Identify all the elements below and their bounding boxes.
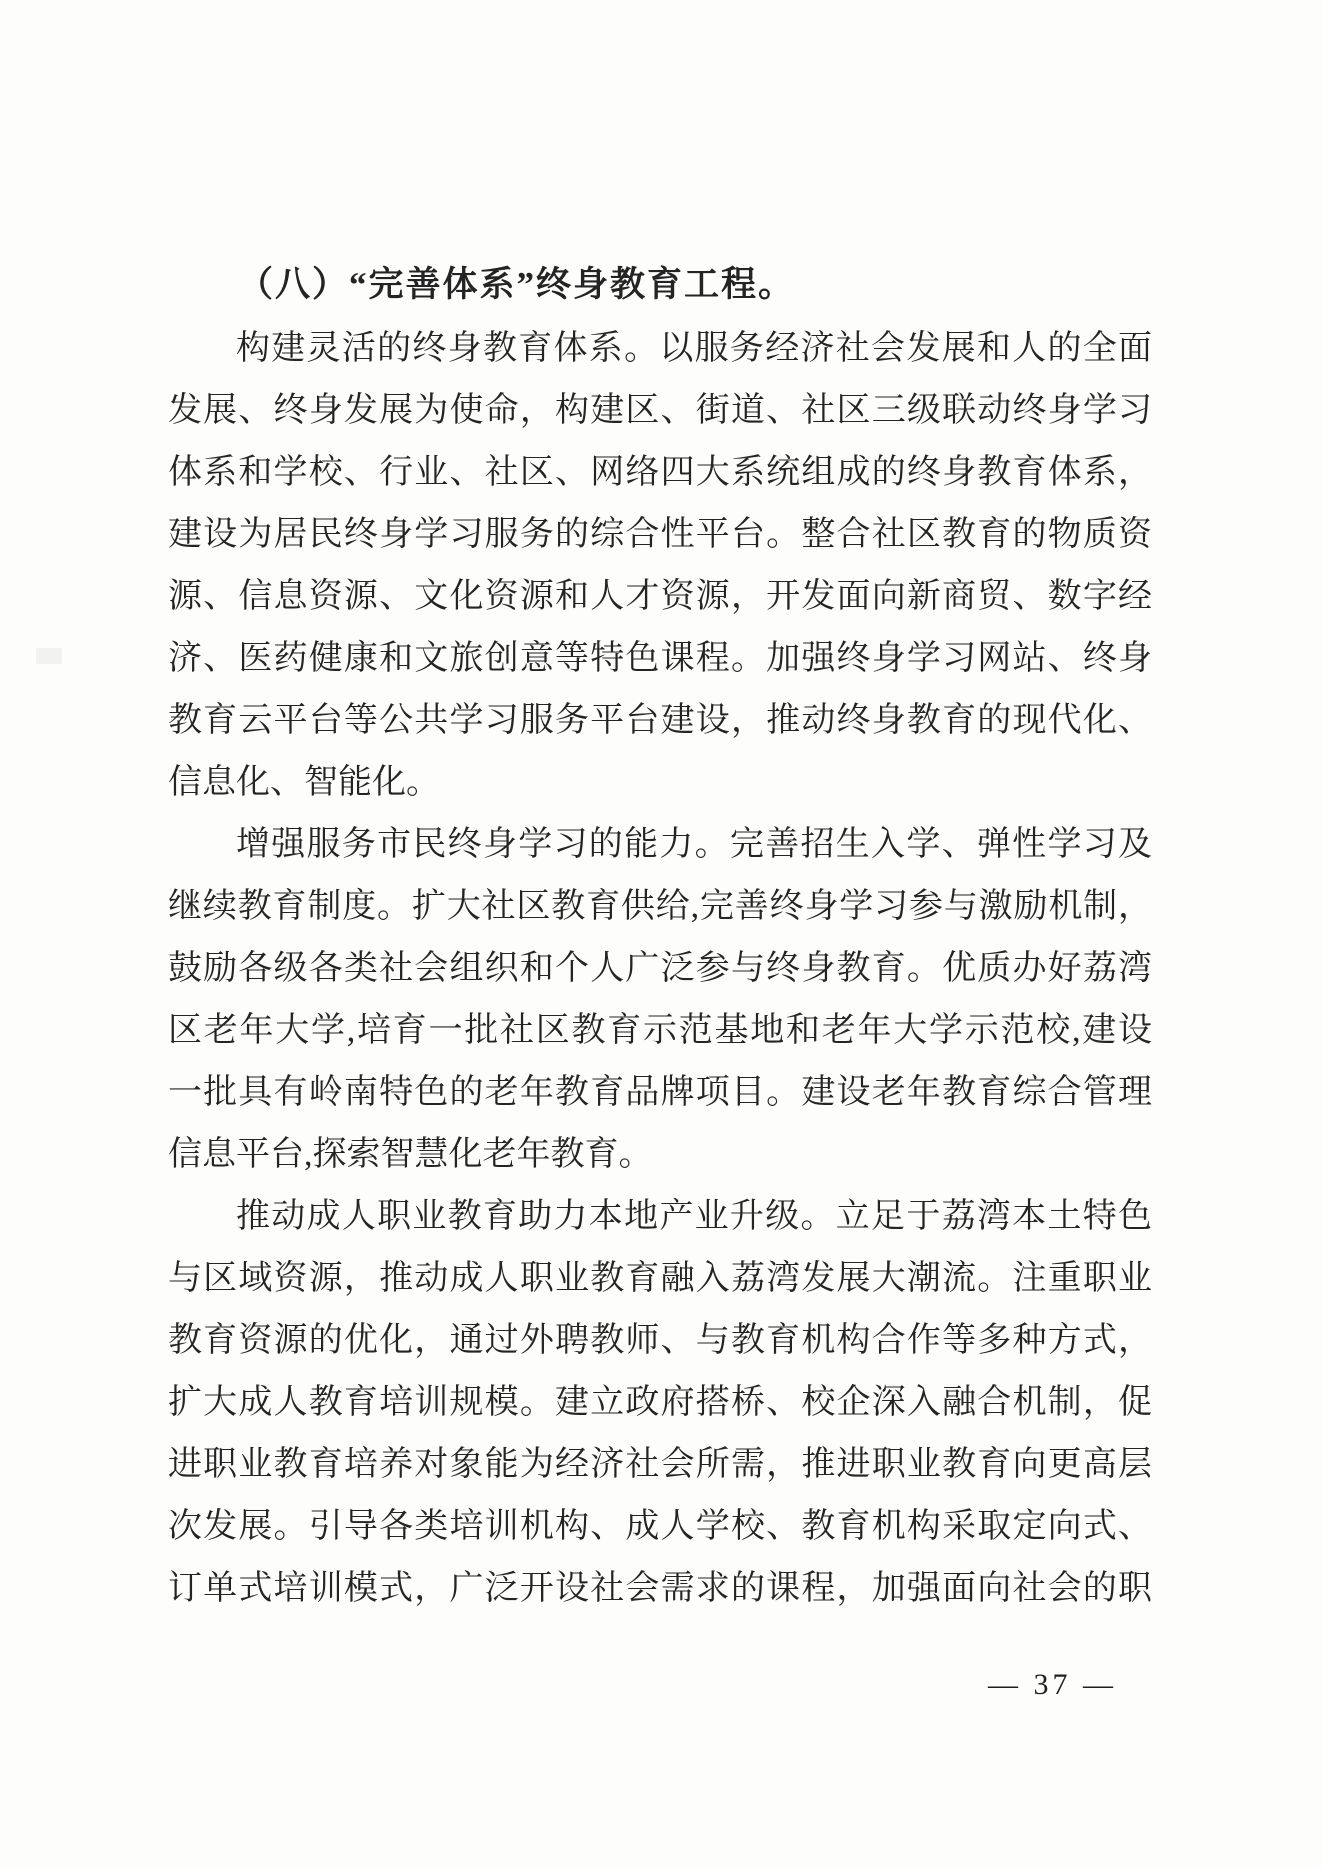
text-line: 发展、终身发展为使命，构建区、街道、社区三级联动终身学习 (168, 380, 1152, 442)
text-line: 一批具有岭南特色的老年教育品牌项目。建设老年教育综合管理 (168, 1062, 1152, 1124)
text-line: 济、医药健康和文旅创意等特色课程。加强终身学习网站、终身 (168, 628, 1152, 690)
text-line: 区老年大学,培育一批社区教育示范基地和老年大学示范校,建设 (168, 1000, 1152, 1062)
document-body: （八）“完善体系”终身教育工程。 构建灵活的终身教育体系。以服务经济社会发展和人… (168, 252, 1152, 1620)
text-line: 鼓励各级各类社会组织和个人广泛参与终身教育。优质办好荔湾 (168, 938, 1152, 1000)
text-line: 增强服务市民终身学习的能力。完善招生入学、弹性学习及 (168, 814, 1152, 876)
text-line: 教育云平台等公共学习服务平台建设，推动终身教育的现代化、 (168, 690, 1152, 752)
text-line: 源、信息资源、文化资源和人才资源，开发面向新商贸、数字经 (168, 566, 1152, 628)
text-line: 进职业教育培养对象能为经济社会所需，推进职业教育向更高层 (168, 1434, 1152, 1496)
scanned-document-page: （八）“完善体系”终身教育工程。 构建灵活的终身教育体系。以服务经济社会发展和人… (0, 0, 1322, 1869)
text-line: 推动成人职业教育助力本地产业升级。立足于荔湾本土特色 (168, 1186, 1152, 1248)
text-line: 信息化、智能化。 (168, 752, 1152, 814)
text-line: 与区域资源，推动成人职业教育融入荔湾发展大潮流。注重职业 (168, 1248, 1152, 1310)
text-line: 体系和学校、行业、社区、网络四大系统组成的终身教育体系， (168, 442, 1152, 504)
section-heading: （八）“完善体系”终身教育工程。 (168, 252, 1152, 318)
page-number: — 37 — (988, 1668, 1117, 1702)
text-line: 教育资源的优化，通过外聘教师、与教育机构合作等多种方式， (168, 1310, 1152, 1372)
text-line: 信息平台,探索智慧化老年教育。 (168, 1124, 1152, 1186)
text-line: 建设为居民终身学习服务的综合性平台。整合社区教育的物质资 (168, 504, 1152, 566)
scan-smudge-artifact (36, 648, 62, 664)
text-line: 继续教育制度。扩大社区教育供给,完善终身学习参与激励机制， (168, 876, 1152, 938)
text-line: 订单式培训模式，广泛开设社会需求的课程，加强面向社会的职 (168, 1558, 1152, 1620)
text-line: 扩大成人教育培训规模。建立政府搭桥、校企深入融合机制，促 (168, 1372, 1152, 1434)
text-line: 构建灵活的终身教育体系。以服务经济社会发展和人的全面 (168, 318, 1152, 380)
text-line: 次发展。引导各类培训机构、成人学校、教育机构采取定向式、 (168, 1496, 1152, 1558)
